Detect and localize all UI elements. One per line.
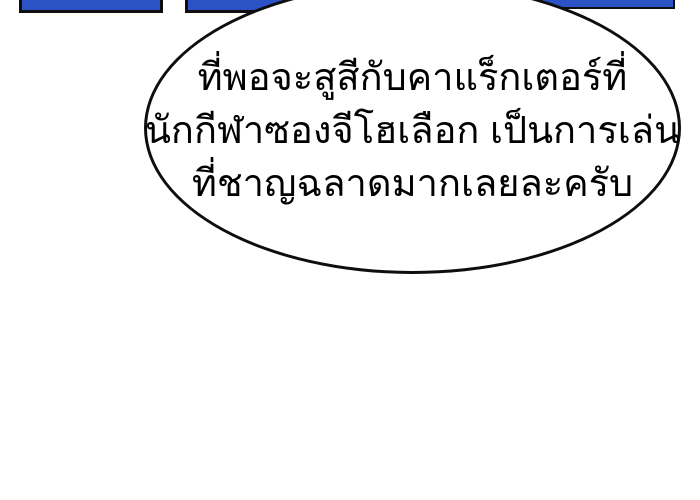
speech-line-3: ที่ชาญฉลาดมากเลยละครับ [192,158,633,211]
speech-line-1: ที่พอจะสูสีกับคาแร็กเตอร์ที่ [198,52,628,105]
top-panel-edge-left [19,0,163,13]
speech-bubble-text: ที่พอจะสูสีกับคาแร็กเตอร์ที่ นักกีฬาซองจ… [150,52,675,211]
speech-line-2: นักกีฬาซองจีโฮเลือก เป็นการเล่น [145,105,680,158]
